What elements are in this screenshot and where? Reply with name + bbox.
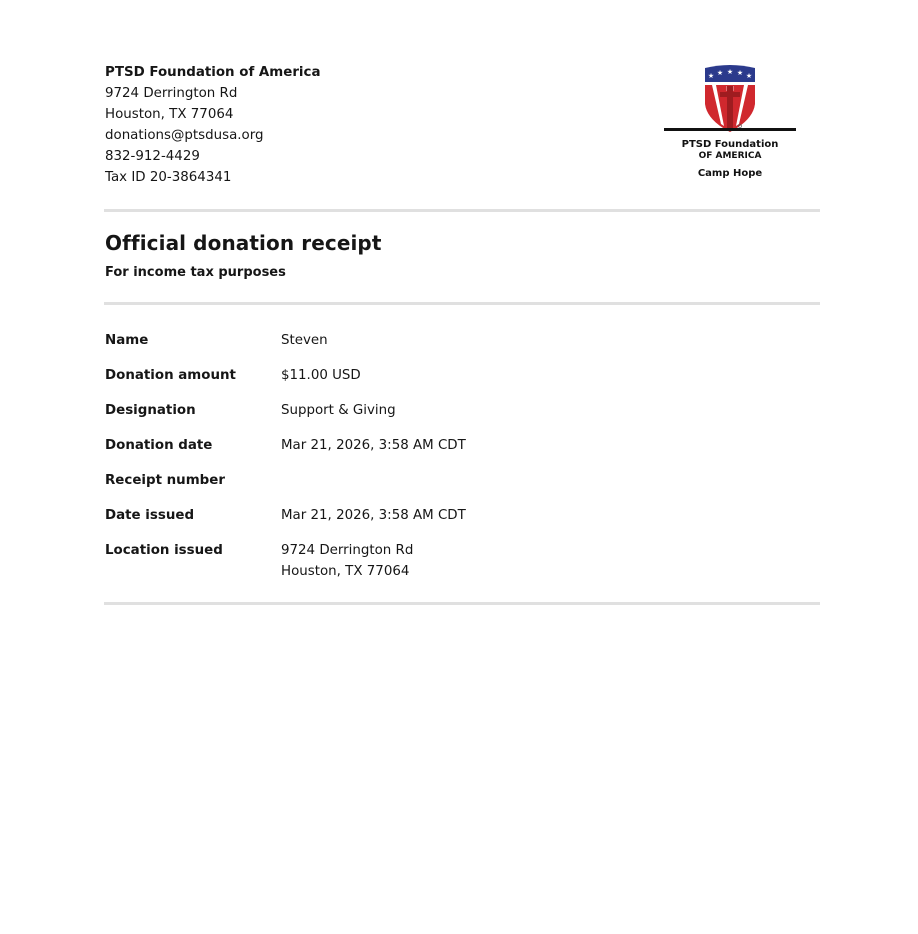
svg-text:★: ★ — [727, 68, 733, 76]
detail-value: $11.00 USD — [281, 365, 805, 386]
detail-value — [281, 470, 805, 491]
organization-logo: ★ ★ ★ ★ ★ PTSD Foundation of America — [664, 62, 796, 184]
logo-line1: PTSD Foundation — [682, 139, 779, 150]
logo-line2: of America — [699, 151, 762, 161]
logo-line3: Camp Hope — [698, 168, 763, 179]
organization-address-line1: 9724 Derrington Rd — [105, 83, 321, 104]
receipt-subtitle: For income tax purposes — [105, 265, 286, 280]
detail-row-location-issued: Location issued 9724 Derrington Rd Houst… — [105, 540, 805, 582]
detail-row-donation-date: Donation date Mar 21, 2026, 3:58 AM CDT — [105, 435, 805, 456]
detail-row-receipt-number: Receipt number — [105, 470, 805, 491]
detail-label: Date issued — [105, 505, 281, 526]
detail-value: Mar 21, 2026, 3:58 AM CDT — [281, 505, 805, 526]
svg-text:★: ★ — [737, 69, 743, 77]
footer-divider — [104, 602, 820, 605]
detail-label: Donation date — [105, 435, 281, 456]
svg-text:★: ★ — [717, 69, 723, 77]
detail-row-designation: Designation Support & Giving — [105, 400, 805, 421]
location-line2: Houston, TX 77064 — [281, 561, 805, 582]
detail-row-name: Name Steven — [105, 330, 805, 351]
svg-text:★: ★ — [746, 72, 752, 80]
organization-tax-id: Tax ID 20-3864341 — [105, 167, 321, 188]
detail-row-donation-amount: Donation amount $11.00 USD — [105, 365, 805, 386]
detail-value: Mar 21, 2026, 3:58 AM CDT — [281, 435, 805, 456]
svg-text:★: ★ — [708, 72, 714, 80]
detail-label: Name — [105, 330, 281, 351]
title-divider — [104, 302, 820, 305]
detail-row-date-issued: Date issued Mar 21, 2026, 3:58 AM CDT — [105, 505, 805, 526]
organization-address-line2: Houston, TX 77064 — [105, 104, 321, 125]
organization-name: PTSD Foundation of America — [105, 62, 321, 83]
detail-value: Support & Giving — [281, 400, 805, 421]
receipt-title: Official donation receipt — [105, 231, 382, 255]
detail-value: 9724 Derrington Rd Houston, TX 77064 — [281, 540, 805, 582]
organization-info: PTSD Foundation of America 9724 Derringt… — [105, 62, 321, 188]
detail-label: Receipt number — [105, 470, 281, 491]
detail-label: Designation — [105, 400, 281, 421]
location-line1: 9724 Derrington Rd — [281, 540, 805, 561]
organization-email: donations@ptsdusa.org — [105, 125, 321, 146]
receipt-page: PTSD Foundation of America 9724 Derringt… — [0, 0, 918, 934]
shield-logo-icon: ★ ★ ★ ★ ★ PTSD Foundation of America — [664, 62, 796, 184]
organization-phone: 832-912-4429 — [105, 146, 321, 167]
header-divider — [104, 209, 820, 212]
detail-label: Donation amount — [105, 365, 281, 386]
receipt-details: Name Steven Donation amount $11.00 USD D… — [105, 330, 805, 582]
detail-label: Location issued — [105, 540, 281, 582]
detail-value: Steven — [281, 330, 805, 351]
